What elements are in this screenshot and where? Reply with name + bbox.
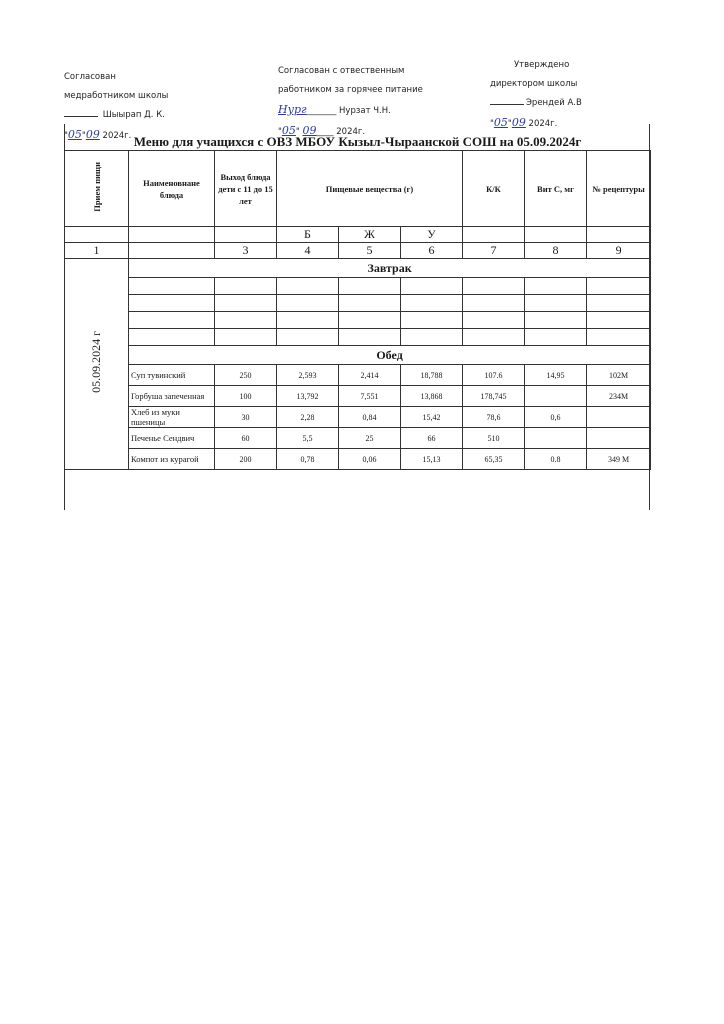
cell-kcal: 65,35 — [463, 449, 525, 470]
empty-cell — [463, 312, 525, 329]
cell-recipe — [587, 407, 651, 428]
approval-director: Утверждено директором школы Эрендей А.В … — [490, 56, 582, 134]
date-cell: 05.09.2024 г — [65, 259, 129, 470]
cell-recipe: 102М — [587, 365, 651, 386]
empty-cell — [277, 278, 339, 295]
empty-cell — [339, 278, 401, 295]
cell-recipe — [587, 428, 651, 449]
empty-cell — [463, 329, 525, 346]
col-num: 8 — [525, 243, 587, 259]
cell-zh: 0,84 — [339, 407, 401, 428]
cell-b: 2,593 — [277, 365, 339, 386]
table-row: Хлеб из муки пшеницы302,280,8415,4278,60… — [65, 407, 651, 428]
empty-cell — [215, 329, 277, 346]
empty-cell — [129, 278, 215, 295]
cell-kcal: 178,745 — [463, 386, 525, 407]
table-row: Компот из курагой2000,780,0615,1365,350.… — [65, 449, 651, 470]
cell-vitc: 0,6 — [525, 407, 587, 428]
sub-carbs: У — [401, 227, 463, 243]
menu-table-wrap: Меню для учащихся с ОВЗ МБОУ Кызыл-Чыраа… — [64, 134, 650, 470]
empty-cell — [215, 278, 277, 295]
approval-food-signer: Нург_______ Нурзат Ч.Н. — [278, 100, 423, 121]
empty-row — [65, 295, 651, 312]
cell-u: 66 — [401, 428, 463, 449]
col-num: 3 — [215, 243, 277, 259]
col-num — [129, 243, 215, 259]
empty-cell — [587, 329, 651, 346]
header-vitc: Вит С, мг — [525, 151, 587, 227]
empty-cell — [525, 295, 587, 312]
section-row: 05.09.2024 гЗавтрак — [65, 259, 651, 278]
nutrient-subheader-row: Б Ж У — [65, 227, 651, 243]
cell-dish: Горбуша запеченная — [129, 386, 215, 407]
empty-cell — [587, 295, 651, 312]
approval-director-year: 2024г. — [529, 119, 558, 129]
empty-cell — [463, 295, 525, 312]
empty-cell — [129, 329, 215, 346]
section-row: Обед — [65, 346, 651, 365]
cell-dish: Печенье Сендвич — [129, 428, 215, 449]
approval-director-line2: директором школы — [490, 75, 582, 94]
empty-cell — [401, 278, 463, 295]
cell-portion: 200 — [215, 449, 277, 470]
empty-row — [65, 312, 651, 329]
cell-vitc: 14,95 — [525, 365, 587, 386]
section-title: Завтрак — [129, 259, 651, 278]
cell-u: 15,13 — [401, 449, 463, 470]
header-nutrients: Пищевые вещества (г) — [277, 151, 463, 227]
cell-zh: 25 — [339, 428, 401, 449]
approval-director-name: Эрендей А.В — [526, 98, 582, 108]
approval-medic-line1: Согласован — [64, 68, 168, 87]
table-row: Печенье Сендвич605,52566510 — [65, 428, 651, 449]
empty-cell — [277, 312, 339, 329]
approval-medic-signer: Шыырап Д. К. — [64, 106, 168, 125]
cell-b: 2,28 — [277, 407, 339, 428]
empty-cell — [401, 329, 463, 346]
approval-director-signer: Эрендей А.В — [490, 94, 582, 113]
empty-row — [65, 329, 651, 346]
col-num: 7 — [463, 243, 525, 259]
approval-food-name: Нурзат Ч.Н. — [339, 106, 391, 116]
approval-food: Согласован с отвественным работником за … — [278, 62, 423, 142]
cell-u: 18,788 — [401, 365, 463, 386]
col-num: 1 — [65, 243, 129, 259]
cell-portion: 30 — [215, 407, 277, 428]
cell-kcal: 107.6 — [463, 365, 525, 386]
sub-fat: Ж — [339, 227, 401, 243]
empty-cell — [215, 312, 277, 329]
sub-protein: Б — [277, 227, 339, 243]
cell-b: 5,5 — [277, 428, 339, 449]
table-row: Горбуша запеченная10013,7927,55113,86817… — [65, 386, 651, 407]
cell-dish: Суп тувинский — [129, 365, 215, 386]
cell-recipe: 349 М — [587, 449, 651, 470]
cell-b: 13,792 — [277, 386, 339, 407]
approval-director-date: "05"09 2024г. — [490, 113, 582, 134]
header-dish: Наименовнане блюда — [129, 151, 215, 227]
empty-cell — [339, 295, 401, 312]
approval-director-month: 09 — [512, 116, 526, 129]
approval-medic-line2: медработником школы — [64, 87, 168, 106]
approval-food-line1: Согласован с отвественным — [278, 62, 423, 81]
menu-title: Меню для учащихся с ОВЗ МБОУ Кызыл-Чыраа… — [65, 134, 651, 151]
empty-cell — [215, 295, 277, 312]
cell-recipe: 234М — [587, 386, 651, 407]
approval-director-line1: Утверждено — [490, 56, 582, 75]
empty-cell — [129, 295, 215, 312]
sub-empty — [587, 227, 651, 243]
empty-cell — [525, 329, 587, 346]
cell-zh: 0,06 — [339, 449, 401, 470]
approval-medic-name: Шыырап Д. К. — [103, 110, 165, 120]
cell-vitc: 0.8 — [525, 449, 587, 470]
cell-kcal: 78,6 — [463, 407, 525, 428]
sub-empty — [65, 227, 129, 243]
sub-empty — [215, 227, 277, 243]
cell-dish: Хлеб из муки пшеницы — [129, 407, 215, 428]
sub-empty — [525, 227, 587, 243]
cell-vitc — [525, 428, 587, 449]
cell-u: 13,868 — [401, 386, 463, 407]
date-label: 05.09.2024 г — [89, 331, 104, 393]
cell-zh: 2,414 — [339, 365, 401, 386]
empty-cell — [129, 312, 215, 329]
sub-empty — [129, 227, 215, 243]
section-title: Обед — [129, 346, 651, 365]
empty-cell — [339, 329, 401, 346]
cell-portion: 100 — [215, 386, 277, 407]
col-num: 4 — [277, 243, 339, 259]
empty-cell — [463, 278, 525, 295]
header-meal-label: Прием пищи — [91, 162, 103, 212]
cell-u: 15,42 — [401, 407, 463, 428]
empty-cell — [339, 312, 401, 329]
header-portion: Выход блюда дети с 11 до 15 лет — [215, 151, 277, 227]
empty-cell — [401, 312, 463, 329]
cell-dish: Компот из курагой — [129, 449, 215, 470]
empty-cell — [587, 312, 651, 329]
cell-b: 0,78 — [277, 449, 339, 470]
header-meal: Прием пищи — [65, 151, 129, 227]
empty-cell — [587, 278, 651, 295]
cell-zh: 7,551 — [339, 386, 401, 407]
empty-cell — [525, 312, 587, 329]
cell-kcal: 510 — [463, 428, 525, 449]
approval-food-signature: Нург — [278, 103, 307, 116]
empty-cell — [401, 295, 463, 312]
approval-food-line2: работником за горячее питание — [278, 81, 423, 100]
column-number-row: 1 3 4 5 6 7 8 9 — [65, 243, 651, 259]
menu-table: Меню для учащихся с ОВЗ МБОУ Кызыл-Чыраа… — [64, 134, 651, 470]
cell-vitc — [525, 386, 587, 407]
col-num: 9 — [587, 243, 651, 259]
cell-portion: 60 — [215, 428, 277, 449]
header-recipe: № рецептуры — [587, 151, 651, 227]
header-kcal: К/К — [463, 151, 525, 227]
sub-empty — [463, 227, 525, 243]
empty-row — [65, 278, 651, 295]
col-num: 6 — [401, 243, 463, 259]
table-row: Суп тувинский2502,5932,41418,788107.614,… — [65, 365, 651, 386]
cell-portion: 250 — [215, 365, 277, 386]
col-num: 5 — [339, 243, 401, 259]
empty-cell — [277, 295, 339, 312]
empty-cell — [277, 329, 339, 346]
approval-director-day: 05 — [494, 116, 508, 129]
empty-cell — [525, 278, 587, 295]
